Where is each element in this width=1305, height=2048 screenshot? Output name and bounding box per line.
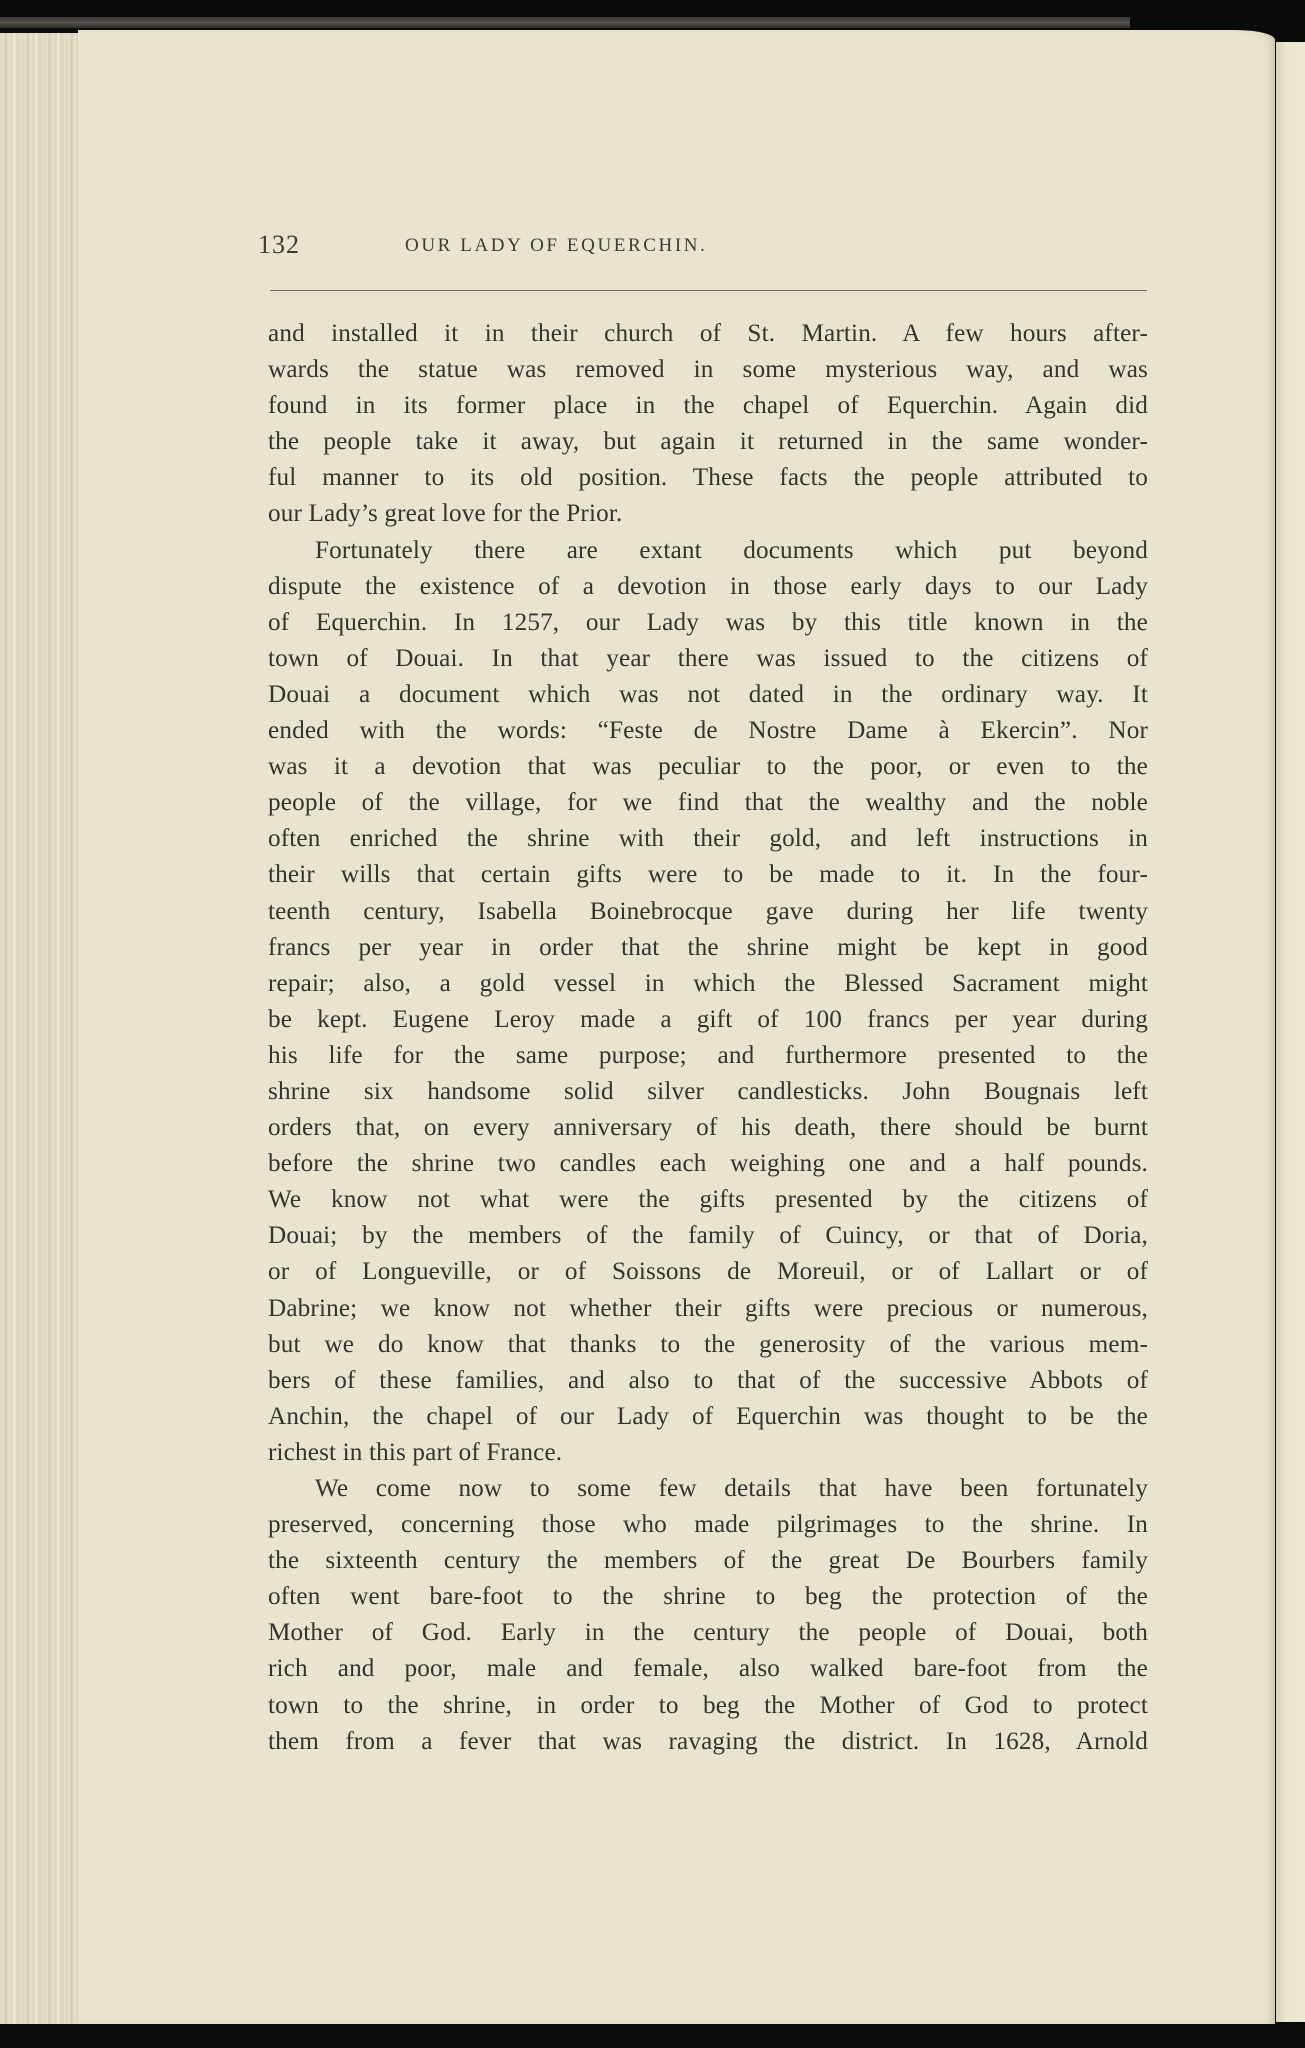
text-line: before the shrine two candles each weigh… xyxy=(268,1146,1148,1182)
text-line: the sixteenth century the members of the… xyxy=(268,1543,1148,1579)
text-line: them from a fever that was ravaging the … xyxy=(268,1724,1148,1760)
book-top-edge xyxy=(0,17,1130,28)
text-line: found in its former place in the chapel … xyxy=(268,388,1148,424)
text-line: orders that, on every anniversary of his… xyxy=(268,1110,1148,1146)
text-line: of Equerchin. In 1257, our Lady was by t… xyxy=(268,605,1148,641)
text-line: repair; also, a gold vessel in which the… xyxy=(268,966,1148,1002)
text-line: but we do know that thanks to the genero… xyxy=(268,1327,1148,1363)
paragraph-3: We come now to some few details that hav… xyxy=(268,1471,1148,1760)
paragraph-2: Fortunately there are extant documents w… xyxy=(268,533,1148,1471)
text-line: teenth century, Isabella Boinebrocque ga… xyxy=(268,894,1148,930)
running-head: 132 OUR LADY OF EQUERCHIN. xyxy=(190,230,1147,260)
text-line: ended with the words: “Feste de Nostre D… xyxy=(268,713,1148,749)
text-line: his life for the same purpose; and furth… xyxy=(268,1038,1148,1074)
text-line: Anchin, the chapel of our Lady of Equerc… xyxy=(268,1399,1148,1435)
text-line: Douai; by the members of the family of C… xyxy=(268,1218,1148,1254)
text-line: often went bare-foot to the shrine to be… xyxy=(268,1579,1148,1615)
text-line: Douai a document which was not dated in … xyxy=(268,677,1148,713)
text-line: ful manner to its old position. These fa… xyxy=(268,460,1148,496)
text-line: the people take it away, but again it re… xyxy=(268,424,1148,460)
text-line: We know not what were the gifts presente… xyxy=(268,1182,1148,1218)
text-line: their wills that certain gifts were to b… xyxy=(268,857,1148,893)
text-line: was it a devotion that was peculiar to t… xyxy=(268,749,1148,785)
text-line: town to the shrine, in order to beg the … xyxy=(268,1688,1148,1724)
text-line: francs per year in order that the shrine… xyxy=(268,930,1148,966)
page-number: 132 xyxy=(258,230,300,260)
text-line: and installed it in their church of St. … xyxy=(268,316,1148,352)
text-line: We come now to some few details that hav… xyxy=(268,1471,1148,1507)
text-line: people of the village, for we find that … xyxy=(268,785,1148,821)
text-line: Mother of God. Early in the century the … xyxy=(268,1615,1148,1651)
running-title: OUR LADY OF EQUERCHIN. xyxy=(405,235,707,257)
text-line: our Lady’s great love for the Prior. xyxy=(268,496,1148,532)
text-line: or of Longueville, or of Soissons de Mor… xyxy=(268,1254,1148,1290)
text-line: bers of these families, and also to that… xyxy=(268,1363,1148,1399)
text-line: dispute the existence of a devotion in t… xyxy=(268,569,1148,605)
header-rule-divider xyxy=(270,290,1147,291)
next-page-edge xyxy=(1276,42,1305,2022)
bottom-background xyxy=(0,2024,1305,2048)
text-line: rich and poor, male and female, also wal… xyxy=(268,1651,1148,1687)
text-line: wards the statue was removed in some mys… xyxy=(268,352,1148,388)
text-line: Fortunately there are extant documents w… xyxy=(268,533,1148,569)
page-stack-edges xyxy=(0,33,80,2025)
text-line: be kept. Eugene Leroy made a gift of 100… xyxy=(268,1002,1148,1038)
text-line: richest in this part of France. xyxy=(268,1435,1148,1471)
text-line: shrine six handsome solid silver candles… xyxy=(268,1074,1148,1110)
text-line: town of Douai. In that year there was is… xyxy=(268,641,1148,677)
paragraph-1: and installed it in their church of St. … xyxy=(268,316,1148,533)
text-line: Dabrine; we know not whether their gifts… xyxy=(268,1291,1148,1327)
text-line: often enriched the shrine with their gol… xyxy=(268,821,1148,857)
body-text: and installed it in their church of St. … xyxy=(268,316,1148,1760)
text-line: preserved, concerning those who made pil… xyxy=(268,1507,1148,1543)
